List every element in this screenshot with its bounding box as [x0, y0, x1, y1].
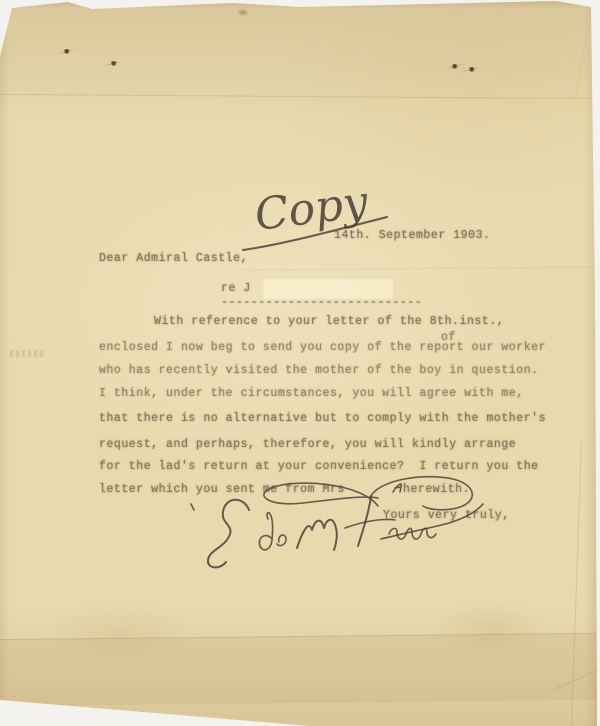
ink-speck — [236, 8, 250, 17]
signature-letter-e — [208, 500, 249, 568]
body-line: who has recently visited the mother of t… — [99, 364, 539, 377]
flourish-left-oval — [264, 483, 378, 506]
body-line: With reference to your letter of the 8th… — [154, 315, 504, 328]
subject-underline: --------------------------- — [221, 296, 422, 309]
body-line: request, and perhaps, therefore, you wil… — [99, 438, 516, 451]
signature-letter-m — [297, 520, 337, 550]
letter-paper: Copy 14th. September 1903. Dear Admiral … — [0, 0, 600, 726]
handwritten-copy-annotation: Copy — [235, 172, 405, 258]
signature-letter-d — [259, 513, 272, 550]
pinhole — [452, 64, 458, 69]
body-line: enclosed I now beg to send you copy of t… — [99, 341, 546, 354]
pinhole — [469, 67, 475, 72]
corner-crease — [575, 40, 586, 99]
bottom-fold-shade — [0, 633, 600, 706]
ink-bleed-through — [10, 350, 46, 357]
scanner-background: Copy 14th. September 1903. Dear Admiral … — [0, 0, 600, 726]
handwritten-signature: E de M Rudolf — [185, 466, 497, 576]
signature-crossbar — [345, 519, 395, 528]
date-line: 14th. September 1903. — [334, 229, 490, 242]
signature-letter-e2 — [277, 535, 286, 546]
subject-line: re J — [221, 282, 251, 295]
signature-scribble — [389, 528, 436, 539]
pen-tick — [191, 504, 194, 510]
pinhole — [111, 61, 117, 66]
insertion-caret-mark — [393, 484, 401, 492]
body-line: I think, under the circumstances, you wi… — [99, 387, 524, 400]
horizontal-crease — [0, 94, 600, 99]
pinhole — [64, 49, 70, 54]
salutation: Dear Admiral Castle, — [99, 252, 248, 265]
body-line: that there is no alternative but to comp… — [99, 412, 546, 425]
horizontal-crease — [240, 266, 600, 270]
flourish-right-oval — [371, 477, 472, 510]
